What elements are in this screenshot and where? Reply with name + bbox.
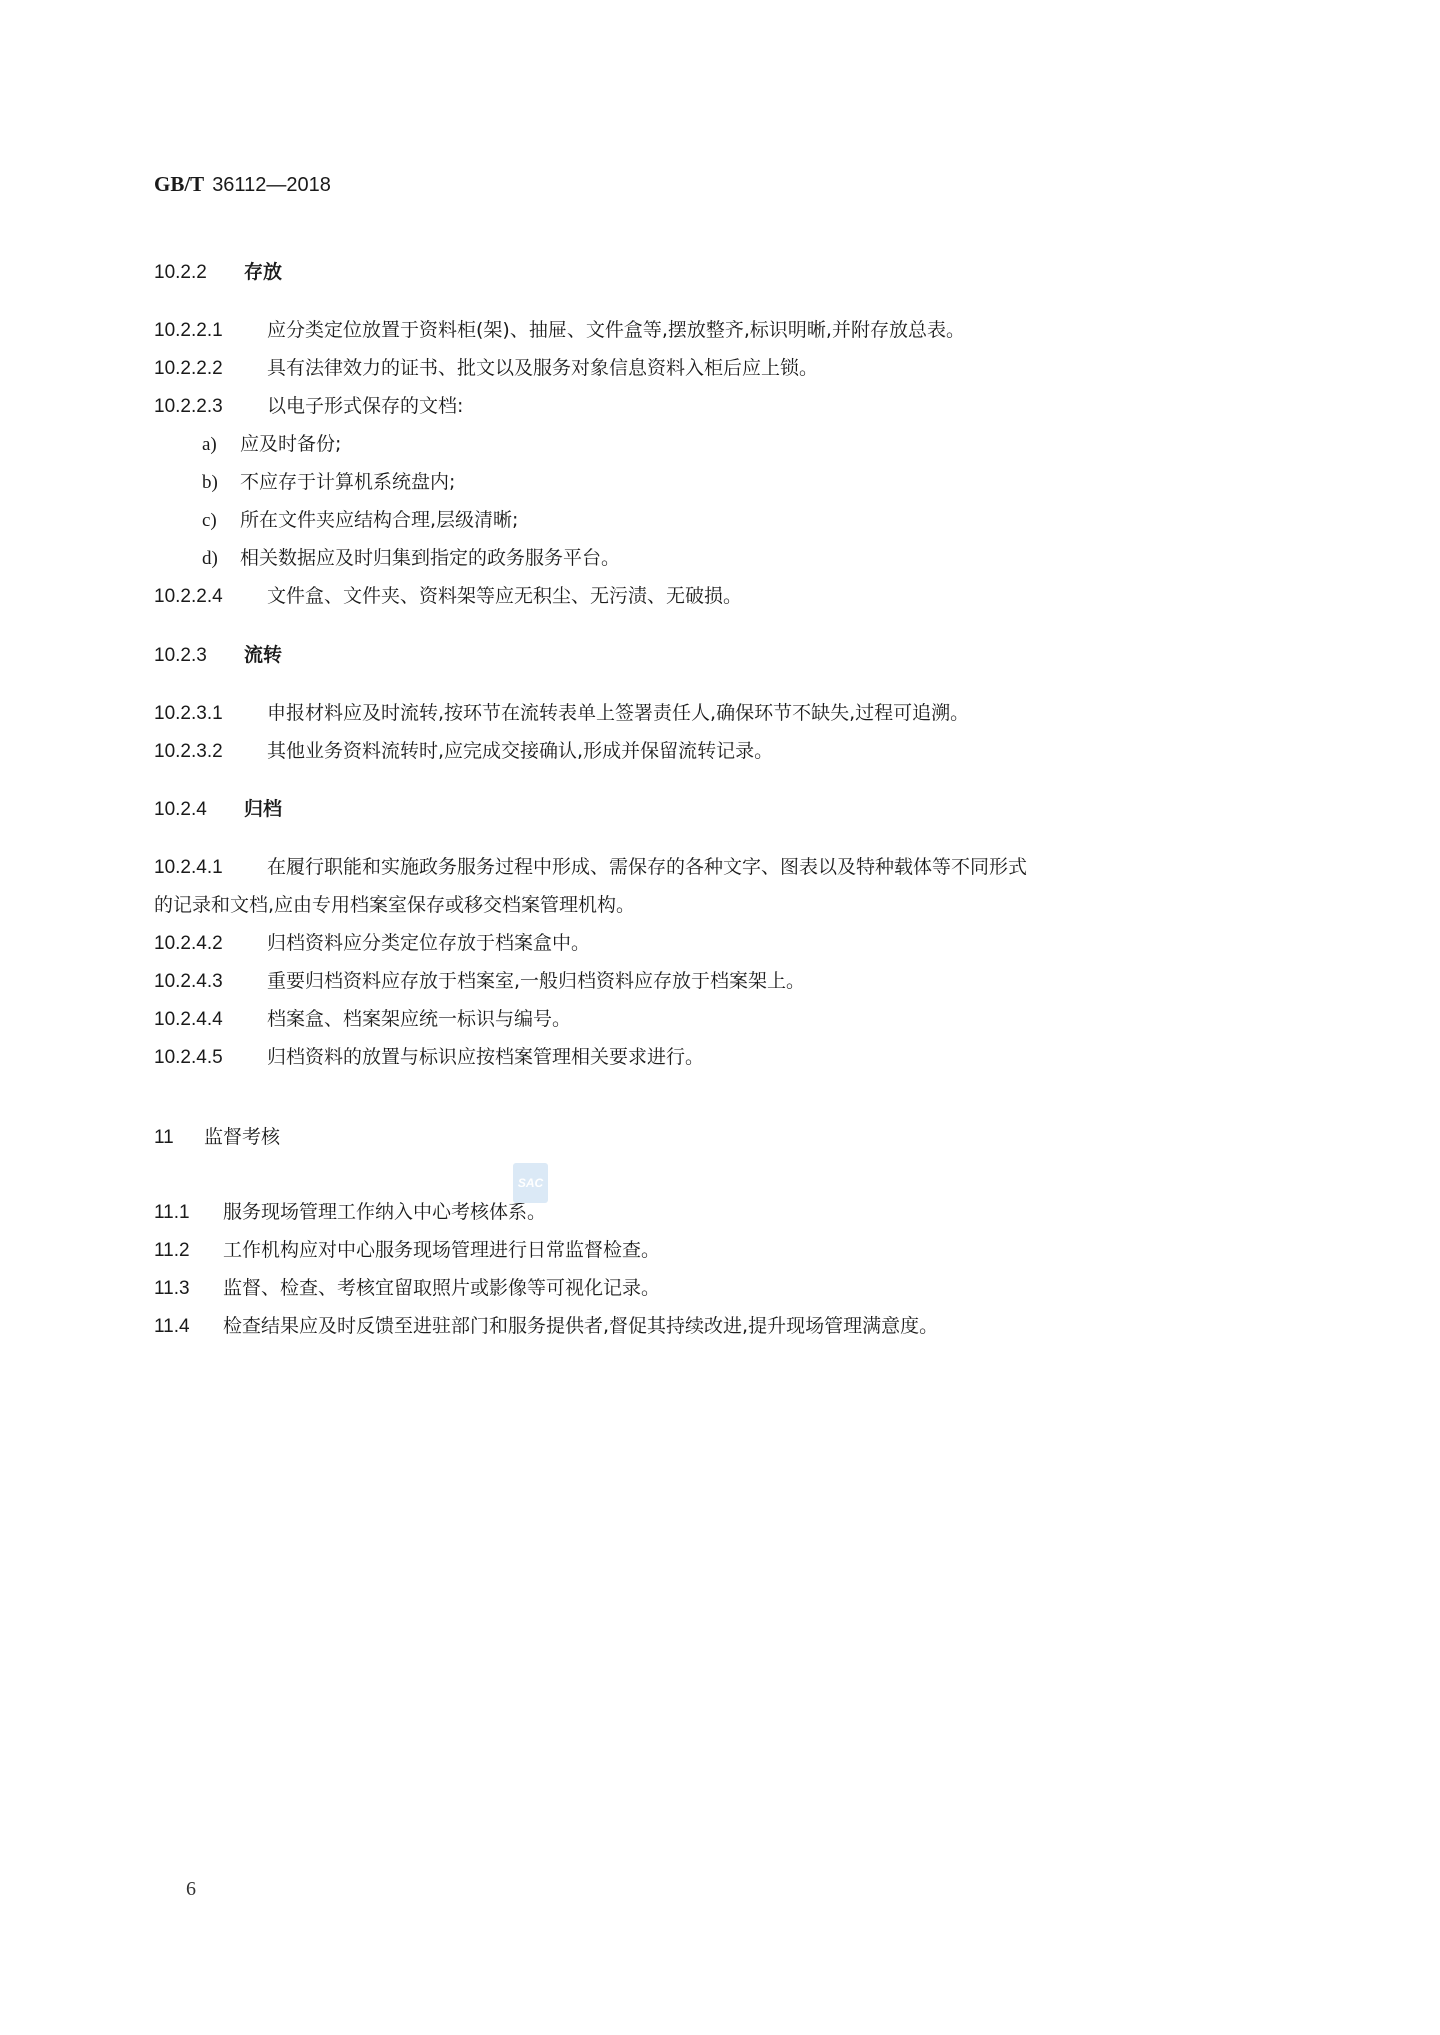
clause-text: 重要归档资料应存放于档案室,一般归档资料应存放于档案架上。 [267,970,805,992]
clause-text: 归档资料的放置与标识应按档案管理相关要求进行。 [267,1046,704,1068]
clause-number: 11.3 [154,1277,223,1301]
clause-text: 应及时备份; [240,433,341,455]
clause-paragraph: 10.2.3.1申报材料应及时流转,按环节在流转表单上签署责任人,确保环节不缺失… [154,701,969,726]
clause-paragraph: 的记录和文档,应由专用档案室保存或移交档案管理机构。 [154,893,635,917]
clause-text: 其他业务资料流转时,应完成交接确认,形成并保留流转记录。 [267,740,773,762]
clause-paragraph: 10.2.4.3重要归档资料应存放于档案室,一般归档资料应存放于档案架上。 [154,969,805,994]
clause-paragraph: 10.2.2.2具有法律效力的证书、批文以及服务对象信息资料入柜后应上锁。 [154,356,818,381]
list-item: d)相关数据应及时归集到指定的政务服务平台。 [202,546,620,571]
clause-text: 所在文件夹应结构合理,层级清晰; [240,509,518,531]
clause-text: 归档 [244,798,282,820]
clause-text: 工作机构应对中心服务现场管理进行日常监督检查。 [223,1239,660,1261]
clause-paragraph: 10.2.2.3以电子形式保存的文档: [154,394,463,419]
clause-text: 归档资料应分类定位存放于档案盒中。 [267,932,590,954]
sac-watermark-logo: SAC [513,1163,548,1203]
clause-text: 的记录和文档,应由专用档案室保存或移交档案管理机构。 [154,894,635,916]
clause-text: 监督、检查、考核宜留取照片或影像等可视化记录。 [223,1277,660,1299]
clause-number: 10.2.4.5 [154,1046,267,1070]
clause-number: a) [202,433,240,457]
clause-text: 申报材料应及时流转,按环节在流转表单上签署责任人,确保环节不缺失,过程可追溯。 [267,702,969,724]
standard-header: GB/T36112—2018 [154,172,331,197]
clause-number: 10.2.4.2 [154,932,267,956]
clause-text: 档案盒、档案架应统一标识与编号。 [267,1008,571,1030]
list-item: a)应及时备份; [202,432,341,457]
clause-paragraph: 10.2.3.2其他业务资料流转时,应完成交接确认,形成并保留流转记录。 [154,739,773,764]
clause-text: 不应存于计算机系统盘内; [240,471,455,493]
clause-number: c) [202,509,240,533]
list-item: c)所在文件夹应结构合理,层级清晰; [202,508,518,533]
clause-text: 以电子形式保存的文档: [267,395,463,417]
clause-number: 10.2.4 [154,798,244,822]
clause-text: 文件盒、文件夹、资料架等应无积尘、无污渍、无破损。 [267,585,742,607]
section-heading: 11监督考核 [154,1125,280,1150]
clause-number: 10.2.3.2 [154,740,267,764]
list-item: b)不应存于计算机系统盘内; [202,470,455,495]
clause-number: 10.2.4.4 [154,1008,267,1032]
clause-number: 10.2.4.1 [154,856,267,880]
clause-paragraph: 11.3监督、检查、考核宜留取照片或影像等可视化记录。 [154,1276,660,1301]
clause-number: 10.2.2.3 [154,395,267,419]
clause-paragraph: 10.2.4.2归档资料应分类定位存放于档案盒中。 [154,931,590,956]
clause-paragraph: 11.4检查结果应及时反馈至进驻部门和服务提供者,督促其持续改进,提升现场管理满… [154,1314,938,1339]
clause-number: 11.2 [154,1239,223,1263]
clause-text: 存放 [244,261,282,283]
clause-number: 11.1 [154,1201,223,1225]
clause-number: 10.2.3.1 [154,702,267,726]
clause-text: 相关数据应及时归集到指定的政务服务平台。 [240,547,620,569]
clause-number: 11 [154,1126,204,1150]
clause-text: 服务现场管理工作纳入中心考核体系。 [223,1201,546,1223]
clause-text: 监督考核 [204,1126,280,1148]
clause-paragraph: 11.1服务现场管理工作纳入中心考核体系。 [154,1200,546,1225]
page-number: 6 [186,1878,196,1901]
standard-number: 36112—2018 [212,174,331,196]
section-heading: 10.2.3流转 [154,643,282,668]
clause-text: 在履行职能和实施政务服务过程中形成、需保存的各种文字、图表以及特种载体等不同形式 [267,856,1027,878]
clause-text: 检查结果应及时反馈至进驻部门和服务提供者,督促其持续改进,提升现场管理满意度。 [223,1315,938,1337]
clause-number: 10.2.2.2 [154,357,267,381]
clause-text: 应分类定位放置于资料柜(架)、抽屉、文件盒等,摆放整齐,标识明晰,并附存放总表。 [267,319,965,341]
clause-paragraph: 10.2.4.1在履行职能和实施政务服务过程中形成、需保存的各种文字、图表以及特… [154,855,1027,880]
clause-text: 流转 [244,644,282,666]
document-page: GB/T36112—2018 10.2.2存放10.2.2.1应分类定位放置于资… [0,0,1440,2035]
clause-number: d) [202,547,240,571]
section-heading: 10.2.4归档 [154,797,282,822]
clause-paragraph: 10.2.2.1应分类定位放置于资料柜(架)、抽屉、文件盒等,摆放整齐,标识明晰… [154,318,965,343]
clause-number: 10.2.2.1 [154,319,267,343]
clause-number: 10.2.2.4 [154,585,267,609]
clause-number: 10.2.3 [154,644,244,668]
clause-paragraph: 11.2工作机构应对中心服务现场管理进行日常监督检查。 [154,1238,660,1263]
clause-number: b) [202,471,240,495]
standard-prefix: GB/T [154,172,204,196]
clause-paragraph: 10.2.4.5归档资料的放置与标识应按档案管理相关要求进行。 [154,1045,704,1070]
clause-paragraph: 10.2.2.4文件盒、文件夹、资料架等应无积尘、无污渍、无破损。 [154,584,742,609]
clause-paragraph: 10.2.4.4档案盒、档案架应统一标识与编号。 [154,1007,571,1032]
clause-number: 10.2.2 [154,261,244,285]
clause-text: 具有法律效力的证书、批文以及服务对象信息资料入柜后应上锁。 [267,357,818,379]
section-heading: 10.2.2存放 [154,260,282,285]
clause-number: 11.4 [154,1315,223,1339]
clause-number: 10.2.4.3 [154,970,267,994]
